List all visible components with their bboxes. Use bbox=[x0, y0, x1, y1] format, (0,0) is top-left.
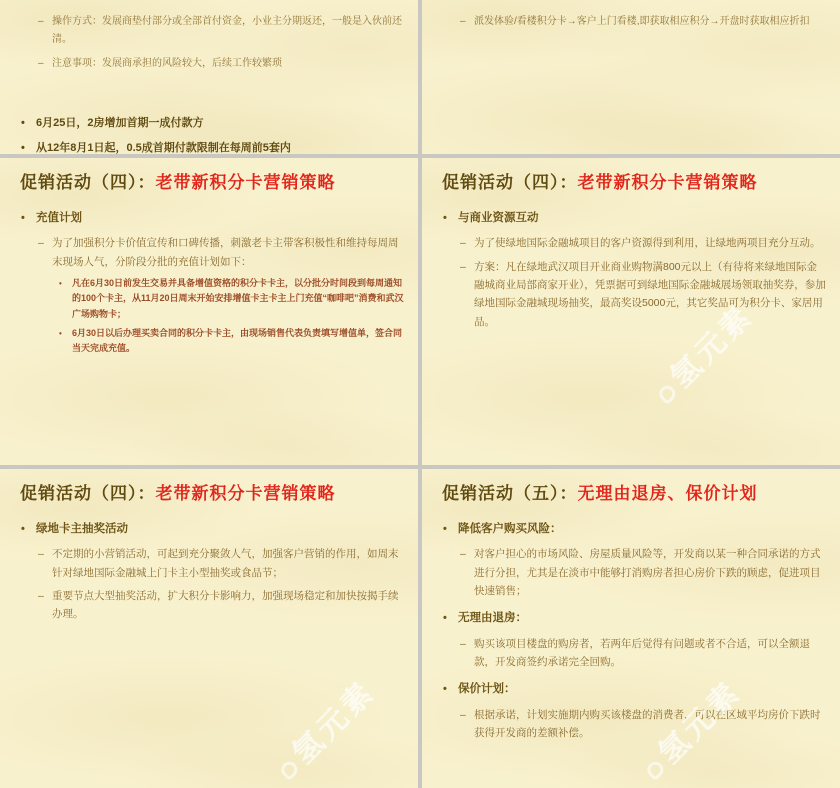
list-item: 操作方式：发展商垫付部分或全部首付资金，小业主分期返还，一般是入伙前还清。 bbox=[0, 13, 418, 48]
slide-title: 促销活动（四）：老带新积分卡营销策略 bbox=[20, 483, 404, 505]
list-item: 为了加强积分卡价值宣传和口碑传播，刺激老卡主带客积极性和维持每周周末现场人气，分… bbox=[0, 234, 418, 271]
list-item-text: 根据承诺，计划实施期内购买该楼盘的消费者，可以在区域平均房价下跌时获得开发商的差… bbox=[474, 709, 821, 739]
slide-thumbnail-mid-left: 促销活动（四）：老带新积分卡营销策略 充值计划 为了加强积分卡价值宣传和口碑传播… bbox=[0, 158, 418, 465]
slides-preview-grid: 操作方式：发展商垫付部分或全部首付资金，小业主分期返还，一般是入伙前还清。 注意… bbox=[0, 0, 840, 788]
list-item-sub: 6月30日以后办理买卖合同的积分卡卡主，由现场销售代表负责填写增值单，签合同当天… bbox=[0, 326, 418, 357]
list-item-text: 从12年8月1日起，0.5成首期付款限制在每周前5套内 bbox=[36, 142, 291, 154]
list-item: 重要节点大型抽奖活动，扩大积分卡影响力，加强现场稳定和加快按揭手续办理。 bbox=[0, 587, 418, 624]
slide-title: 促销活动（五）：无理由退房、保价计划 bbox=[442, 483, 826, 505]
list-item: 根据承诺，计划实施期内购买该楼盘的消费者，可以在区域平均房价下跌时获得开发商的差… bbox=[422, 706, 840, 743]
list-item-heading: 保价计划： bbox=[422, 681, 840, 698]
list-item-text: 为了使绿地国际金融城项目的客户资源得到利用，让绿地两项目充分互动。 bbox=[474, 237, 821, 249]
slide-thumbnail-bottom-right: 促销活动（五）：无理由退房、保价计划 降低客户购买风险： 对客户担心的市场风险、… bbox=[422, 469, 840, 788]
list-item-heading: 与商业资源互动 bbox=[422, 210, 840, 227]
list-item-text: 降低客户购买风险： bbox=[458, 523, 562, 535]
list-item-heading: 无理由退房： bbox=[422, 610, 840, 627]
list-item-text: 充值计划 bbox=[36, 212, 82, 224]
list-item: 不定期的小营销活动，可起到充分聚敛人气，加强客户营销的作用，如周末针对绿地国际金… bbox=[0, 545, 418, 582]
list-item-text: 为了加强积分卡价值宣传和口碑传播，刺激老卡主带客积极性和维持每周周末现场人气，分… bbox=[52, 237, 399, 267]
slide-title-highlight: 无理由退房、保价计划 bbox=[578, 484, 758, 503]
list-item-text: 绿地卡主抽奖活动 bbox=[36, 523, 128, 535]
slide-title-highlight: 老带新积分卡营销策略 bbox=[156, 173, 336, 192]
list-item-text: 操作方式：发展商垫付部分或全部首付资金，小业主分期返还，一般是入伙前还清。 bbox=[52, 16, 402, 45]
slide-thumbnail-bottom-left: 促销活动（四）：老带新积分卡营销策略 绿地卡主抽奖活动 不定期的小营销活动，可起… bbox=[0, 469, 418, 788]
list-item-text: 无理由退房： bbox=[458, 612, 527, 624]
list-item-text: 凡在6月30日前发生交易并具备增值资格的积分卡卡主，以分批分时间段到每周通知的1… bbox=[72, 278, 404, 319]
list-item-text: 与商业资源互动 bbox=[458, 212, 539, 224]
slide-title-highlight: 老带新积分卡营销策略 bbox=[578, 173, 758, 192]
list-item-text: 6月25日，2房增加首期一成付款方 bbox=[36, 117, 203, 129]
slide-title: 促销活动（四）：老带新积分卡营销策略 bbox=[442, 172, 826, 194]
slide-thumbnail-top-left: 操作方式：发展商垫付部分或全部首付资金，小业主分期返还，一般是入伙前还清。 注意… bbox=[0, 0, 418, 154]
list-item: 为了使绿地国际金融城项目的客户资源得到利用，让绿地两项目充分互动。 bbox=[422, 234, 840, 252]
list-item: 从12年8月1日起，0.5成首期付款限制在每周前5套内 bbox=[0, 140, 418, 154]
list-item-heading: 降低客户购买风险： bbox=[422, 521, 840, 538]
list-item: 购买该项目楼盘的购房者，若两年后觉得有问题或者不合适，可以全额退款，开发商签约承… bbox=[422, 635, 840, 672]
list-item-text: 不定期的小营销活动，可起到充分聚敛人气，加强客户营销的作用，如周末针对绿地国际金… bbox=[52, 548, 399, 578]
slide-title-prefix: 促销活动（四）： bbox=[20, 484, 156, 503]
list-item-heading: 充值计划 bbox=[0, 210, 418, 227]
list-item: 注意事项：发展商承担的风险较大，后续工作较繁琐 bbox=[0, 55, 418, 73]
slide-title-prefix: 促销活动（五）： bbox=[442, 484, 578, 503]
list-item: 派发体验/看楼积分卡→客户上门看楼,即获取相应积分→开盘时获取相应折扣 bbox=[422, 13, 840, 31]
spacer bbox=[0, 80, 418, 106]
list-item: 6月25日，2房增加首期一成付款方 bbox=[0, 115, 418, 132]
list-item-text: 注意事项：发展商承担的风险较大，后续工作较繁琐 bbox=[52, 58, 282, 69]
list-item-text: 保价计划： bbox=[458, 683, 516, 695]
slide-thumbnail-top-right: 派发体验/看楼积分卡→客户上门看楼,即获取相应积分→开盘时获取相应折扣 bbox=[422, 0, 840, 154]
list-item-heading: 绿地卡主抽奖活动 bbox=[0, 521, 418, 538]
slide-title-prefix: 促销活动（四）： bbox=[20, 173, 156, 192]
list-item-text: 重要节点大型抽奖活动，扩大积分卡影响力，加强现场稳定和加快按揭手续办理。 bbox=[52, 590, 399, 620]
list-item-text: 购买该项目楼盘的购房者，若两年后觉得有问题或者不合适，可以全额退款，开发商签约承… bbox=[474, 638, 810, 668]
slide-title-highlight: 老带新积分卡营销策略 bbox=[156, 484, 336, 503]
list-item-text: 派发体验/看楼积分卡→客户上门看楼,即获取相应积分→开盘时获取相应折扣 bbox=[474, 16, 810, 27]
list-item-text: 方案：凡在绿地武汉项目开业商业购物满800元以上（有待将来绿地国际金融城商业局部… bbox=[474, 261, 826, 328]
list-item-text: 6月30日以后办理买卖合同的积分卡卡主，由现场销售代表负责填写增值单，签合同当天… bbox=[72, 328, 402, 353]
list-item: 方案：凡在绿地武汉项目开业商业购物满800元以上（有待将来绿地国际金融城商业局部… bbox=[422, 258, 840, 332]
slide-title: 促销活动（四）：老带新积分卡营销策略 bbox=[20, 172, 404, 194]
list-item-text: 对客户担心的市场风险、房屋质量风险等，开发商以某一种合同承诺的方式进行分担，尤其… bbox=[474, 548, 821, 597]
list-item: 对客户担心的市场风险、房屋质量风险等，开发商以某一种合同承诺的方式进行分担，尤其… bbox=[422, 545, 840, 600]
list-item-sub: 凡在6月30日前发生交易并具备增值资格的积分卡卡主，以分批分时间段到每周通知的1… bbox=[0, 276, 418, 322]
slide-thumbnail-mid-right: 促销活动（四）：老带新积分卡营销策略 与商业资源互动 为了使绿地国际金融城项目的… bbox=[422, 158, 840, 465]
slide-title-prefix: 促销活动（四）： bbox=[442, 173, 578, 192]
